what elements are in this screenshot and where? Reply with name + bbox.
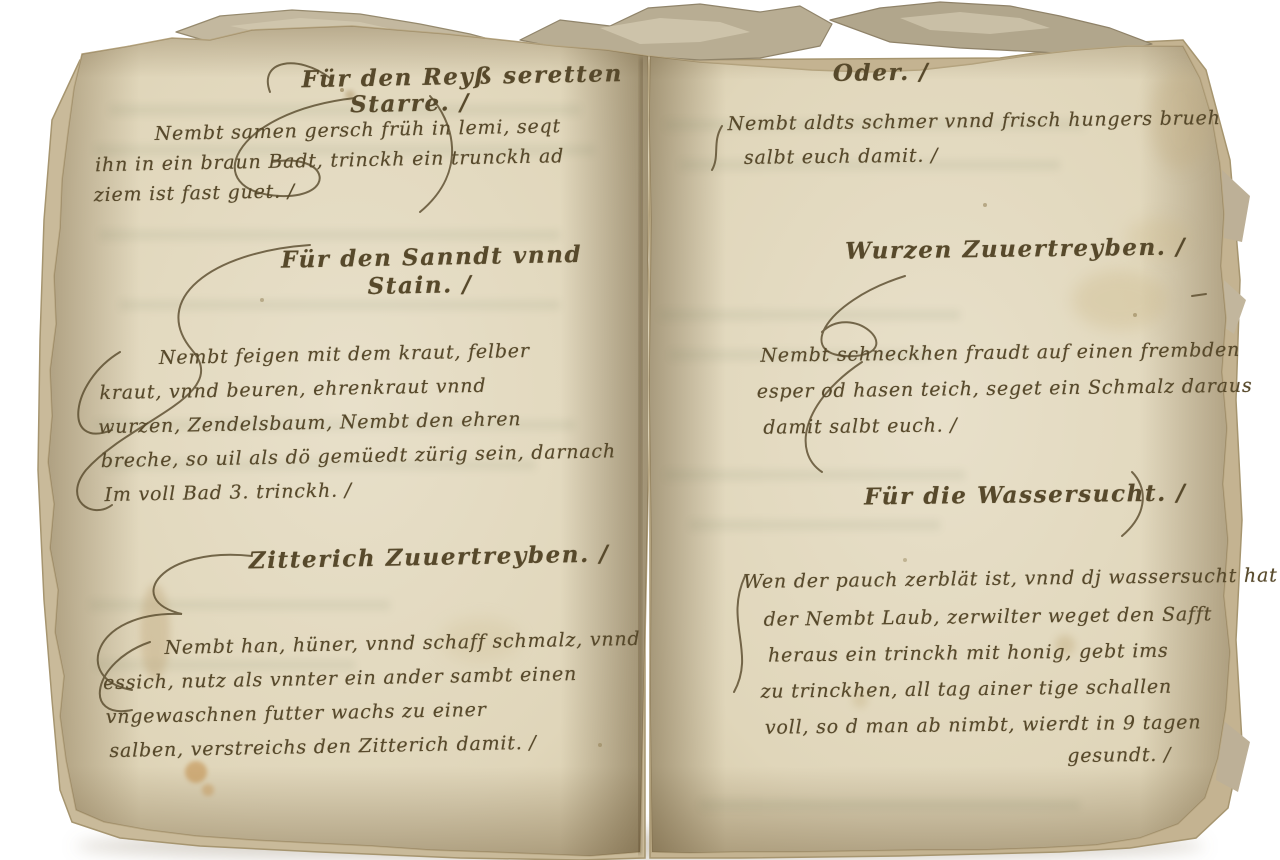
open-book-illustration — [0, 0, 1280, 860]
manuscript-photo: Für den Reyß seretten Starre. / Nembt sa… — [0, 0, 1280, 860]
